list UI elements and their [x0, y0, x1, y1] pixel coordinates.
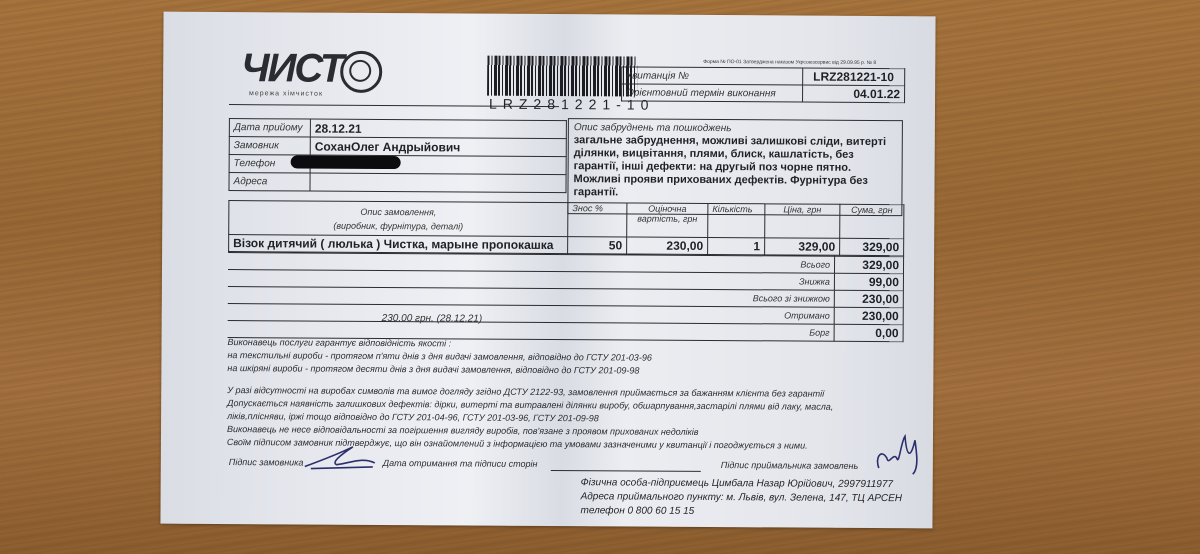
order-header-qty: Кількість: [708, 203, 765, 237]
customer-name: СоханОлег Андрыйович: [310, 137, 566, 157]
phone-redaction: [291, 155, 401, 169]
discount-value: 99,00: [834, 273, 903, 290]
due-date-label: Орієнтовний термін виконання: [622, 84, 803, 102]
order-header-description: Опис замовлення, (виробник, фурнітура, д…: [229, 201, 568, 237]
damage-text: загальне забруднення, можливі залишкові …: [573, 134, 896, 201]
receiver-signature-label: Підпис приймальника замовлень: [721, 459, 859, 473]
order-header-sum: Сума, грн: [840, 204, 904, 238]
brand-logo: ЧИСТ: [241, 46, 342, 92]
customer-info: Дата прийому 28.12.21 Замовник СоханОлег…: [228, 118, 566, 193]
customer-signature-label: Підпис замовника: [229, 456, 304, 469]
item-description: Візок дитячий ( люлька ) Чистка, марыне …: [229, 235, 568, 254]
received-value: 230,00: [834, 307, 903, 324]
order-header-estimate: Оціночна вартість, грн: [627, 203, 708, 237]
date-received-label: Дата прийому: [229, 119, 310, 137]
date-signature-line: [551, 470, 701, 472]
receipt-number-label: Квитанція №: [622, 67, 803, 85]
receipt-number: LRZ281221-10: [802, 68, 904, 86]
totals-table: Всього 329,00 Знижка 99,00 Всього зі зни…: [228, 252, 905, 342]
item-sum: 329,00: [840, 238, 904, 255]
order-table: Опис замовлення, (виробник, фурнітура, д…: [228, 200, 904, 256]
order-header-wear: Знос %: [568, 203, 627, 237]
item-qty: 1: [708, 237, 765, 254]
brand-logo-ring-icon: [340, 51, 382, 93]
item-price: 329,00: [765, 238, 840, 255]
customer-name-label: Замовник: [229, 137, 310, 155]
receiver-signature-icon: [871, 428, 931, 478]
item-wear: 50: [568, 237, 627, 254]
due-date: 04.01.22: [802, 85, 904, 103]
discounted-total-value: 230,00: [834, 290, 903, 307]
payment-note: 230.00 грн. (28.12.21): [382, 313, 483, 325]
order-header-description-sub: (виробник, фурнітура, деталі): [233, 218, 563, 234]
customer-signature-icon: [301, 442, 381, 472]
order-header-price: Ціна, грн: [765, 204, 840, 238]
receipt-info: Квитанція № LRZ281221-10 Орієнтовний тер…: [621, 66, 905, 103]
form-note: Форма № ПО-01 Затверджена наказом Укрсою…: [703, 59, 876, 66]
brand-tagline: мережа хімчисток: [249, 90, 323, 97]
total-value: 329,00: [834, 256, 903, 273]
barcode: [487, 56, 637, 97]
footer: Фізична особа-підприємець Цимбала Назар …: [580, 476, 902, 520]
received-label: Отримано: [232, 307, 830, 321]
legal-terms: Виконавець послуги гарантує відповідніст…: [227, 336, 908, 453]
date-received: 28.12.21: [310, 119, 566, 139]
address-label: Адреса: [229, 173, 310, 191]
receipt-date-label: Дата отримання та підписи сторін: [383, 457, 538, 471]
address-value: [310, 173, 566, 193]
footer-phone: телефон 0 800 60 15 15: [580, 504, 902, 520]
item-estimate: 230,00: [627, 237, 708, 254]
receipt-paper: ЧИСТ мережа хімчисток LRZ281221-10 Форма…: [160, 12, 935, 529]
